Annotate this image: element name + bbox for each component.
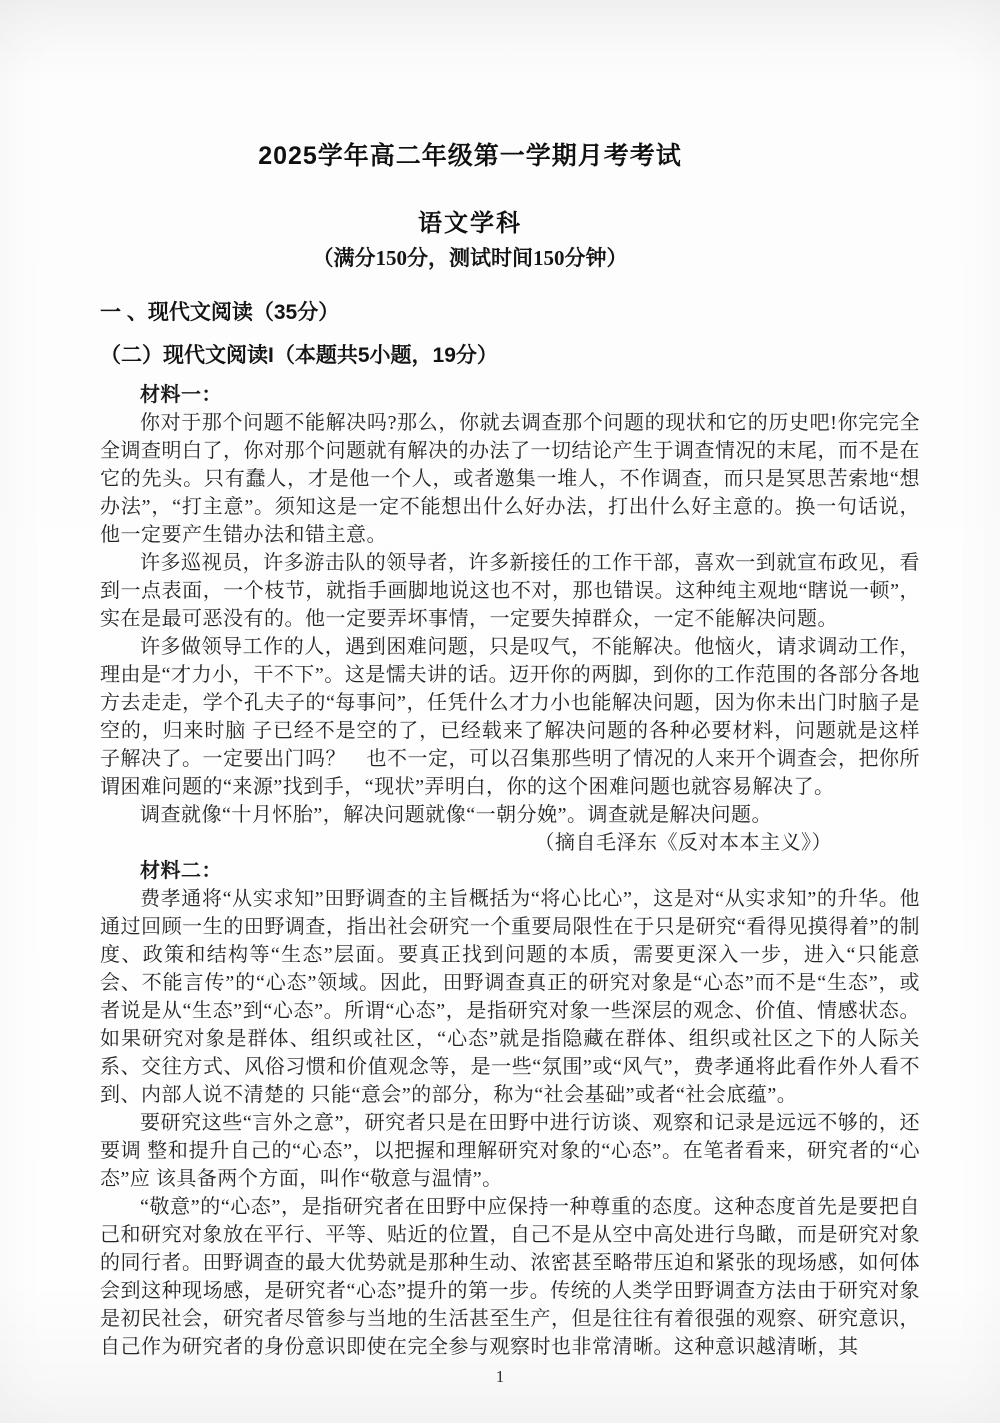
material1-paragraph-4: 调查就像“十月怀胎”，解决问题就像“一朝分娩”。调查就是解决问题。	[100, 801, 920, 829]
material1-paragraph-1: 你对于那个问题不能解决吗?那么，你就去调查那个问题的现状和它的历史吧!你完完全全…	[100, 409, 920, 549]
exam-paper-page: 2025学年高二年级第一学期月考考试 语文学科 （满分150分，测试时间150分…	[0, 0, 1000, 1423]
material2-label: 材料二：	[100, 857, 920, 885]
material1-paragraph-3: 许多做领导工作的人，遇到困难问题，只是叹气，不能解决。他恼火，请求调动工作，理由…	[100, 633, 920, 801]
page-content: 2025学年高二年级第一学期月考考试 语文学科 （满分150分，测试时间150分…	[0, 0, 1000, 1361]
material1-source-attribution: （摘自毛泽东《反对本本主义》）	[100, 829, 920, 857]
section-heading-modern-reading-1: （二）现代文阅读I（本题共5小题，19分）	[100, 339, 920, 369]
section-heading-modern-reading: 一 、现代文阅读（35分）	[100, 296, 920, 326]
exam-header: 2025学年高二年级第一学期月考考试 语文学科 （满分150分，测试时间150分…	[60, 136, 880, 272]
material2-paragraph-3: “敬意”的“心态”，是指研究者在田野中应保持一种尊重的态度。这种态度首先是要把自…	[100, 1193, 920, 1361]
material2-paragraph-2: 要研究这些“言外之意”，研究者只是在田野中进行访谈、观察和记录是远远不够的，还要…	[100, 1109, 920, 1193]
material1-label: 材料一：	[100, 381, 920, 409]
page-number: 1	[0, 1367, 1000, 1387]
reading-materials: 材料一： 你对于那个问题不能解决吗?那么，你就去调查那个问题的现状和它的历史吧!…	[100, 381, 920, 1361]
subject-title: 语文学科	[60, 203, 880, 238]
material1-paragraph-2: 许多巡视员，许多游击队的领导者，许多新接任的工作干部，喜欢一到就宣布政见，看到一…	[100, 549, 920, 633]
exam-title: 2025学年高二年级第一学期月考考试	[60, 136, 880, 172]
exam-info: （满分150分，测试时间150分钟）	[60, 242, 880, 272]
material2-paragraph-1: 费孝通将“从实求知”田野调查的主旨概括为“将心比心”，这是对“从实求知”的升华。…	[100, 885, 920, 1109]
